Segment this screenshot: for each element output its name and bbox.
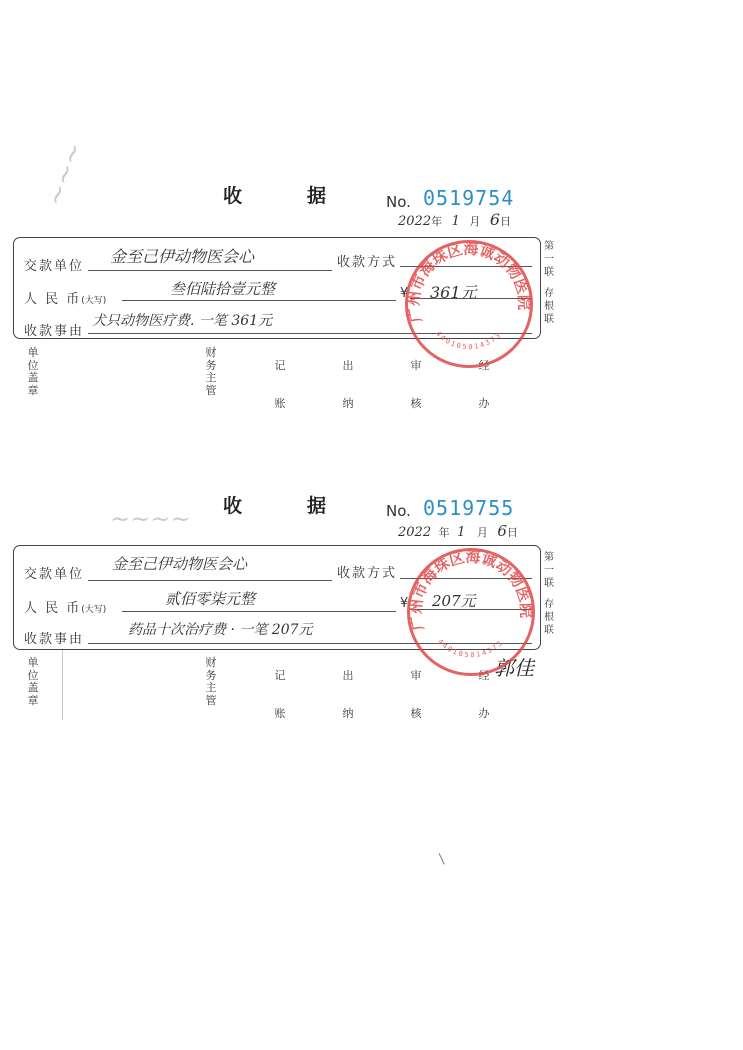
cashier-char: 纳 <box>342 695 354 733</box>
receipt-title-char-2: 据 <box>307 491 326 518</box>
date-day-suffix: 日 <box>507 526 518 539</box>
stub-label-char: 根 <box>544 611 556 624</box>
copy-label: 第 一 联 <box>544 551 556 590</box>
reason-value: 药品十次治疗费 · 一笔 207元 <box>128 619 313 639</box>
bookkeeper-char: 账 <box>274 695 286 733</box>
svg-text:440105014373: 440105014373 <box>436 638 505 660</box>
receipt-number: 0519755 <box>423 496 514 520</box>
handler-char: 办 <box>478 695 490 733</box>
amount-words-hint: (大写) <box>81 605 106 615</box>
amount-words-underline <box>122 611 396 612</box>
finance-head-char: 主 <box>205 682 217 695</box>
svg-text:广州市海珠区海诚动物医院: 广州市海珠区海诚动物医院 <box>410 551 532 632</box>
official-stamp: 广州市海珠区海诚动物医院 440105014373 <box>407 548 535 676</box>
auditor-char: 核 <box>410 695 422 733</box>
cashier-label: 出 纳 <box>342 657 354 733</box>
receipt-2: ~~~~ 收 据 No. 0519755 2022 年 1 月 6日 交款单位 … <box>0 0 743 1050</box>
receipt-date: 2022 年 1 月 6日 <box>398 522 518 540</box>
copy-label-char: 联 <box>544 577 556 590</box>
unit-seal-label: 单 位 盖 章 <box>27 657 39 707</box>
bookkeeper-char: 记 <box>274 657 286 695</box>
amount-words-value: 贰佰零柒元整 <box>165 588 255 609</box>
stamp-ring-text: 广州市海珠区海诚动物医院 440105014373 <box>410 551 532 673</box>
stub-label-char: 联 <box>544 624 556 637</box>
payment-method-label: 收款方式 <box>337 562 397 581</box>
amount-words-label: 人 民 币(大写) <box>24 597 106 616</box>
payer-label: 交款单位 <box>24 563 84 582</box>
finance-head-char: 管 <box>205 695 217 708</box>
date-year-suffix: 年 <box>439 526 450 539</box>
cashier-char: 出 <box>342 657 354 695</box>
date-month: 1 <box>457 525 465 540</box>
unit-seal-char: 章 <box>27 695 39 708</box>
stray-mark <box>439 852 449 865</box>
date-month-suffix: 月 <box>477 526 488 539</box>
unit-seal-char: 单 <box>27 657 39 670</box>
stub-label-char: 存 <box>544 598 556 611</box>
receipt-title-char-1: 收 <box>223 491 242 518</box>
amount-words-label-text: 人 民 币 <box>24 601 81 616</box>
date-day: 6 <box>497 522 507 540</box>
bookkeeper-label: 记 账 <box>274 657 286 733</box>
bleed-through-handwriting: ~~~~ <box>110 505 190 533</box>
receipt-no-label: No. <box>386 502 411 520</box>
finance-head-char: 财 <box>205 657 217 670</box>
unit-seal-char: 盖 <box>27 682 39 695</box>
finance-head-label: 财 务 主 管 <box>205 657 217 707</box>
payer-value: 金至己伊动物医会心 <box>112 553 247 574</box>
bleed-through-stroke <box>62 650 64 720</box>
date-year: 2022 <box>398 525 431 540</box>
reason-label: 收款事由 <box>24 628 84 647</box>
copy-label-char: 一 <box>544 564 556 577</box>
payer-underline <box>88 580 332 581</box>
stub-label: 存 根 联 <box>544 598 556 637</box>
copy-label-char: 第 <box>544 551 556 564</box>
